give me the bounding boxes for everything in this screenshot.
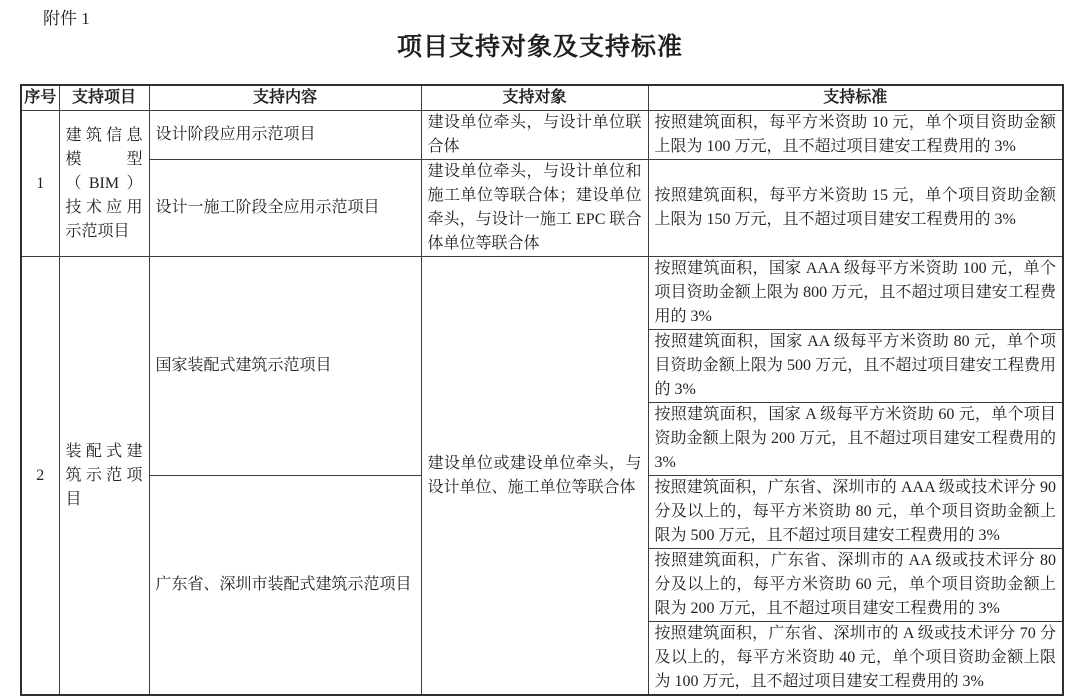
table-row: 1 建筑信息模型（BIM）技术应用示范项目 设计阶段应用示范项目 建设单位牵头，… (21, 111, 1063, 160)
attachment-label: 附件 1 (43, 8, 90, 30)
content-cell: 广东省、深圳市装配式建筑示范项目 (149, 476, 421, 696)
col-header-project: 支持项目 (59, 85, 149, 111)
target-cell: 建设单位牵头，与设计单位和施工单位等联合体；建设单位牵头，与设计一施工 EPC … (421, 160, 648, 257)
standard-cell: 按照建筑面积，国家 A 级每平方米资助 60 元，单个项目资助金额上限为 200… (648, 403, 1063, 476)
table-row: 设计一施工阶段全应用示范项目 建设单位牵头，与设计单位和施工单位等联合体；建设单… (21, 160, 1063, 257)
content-cell: 设计阶段应用示范项目 (149, 111, 421, 160)
row1-no-cell: 1 (21, 111, 59, 257)
standard-cell: 按照建筑面积，广东省、深圳市的 AAA 级或技术评分 90 分及以上的，每平方米… (648, 476, 1063, 549)
standard-cell: 按照建筑面积，国家 AA 级每平方米资助 80 元，单个项目资助金额上限为 50… (648, 330, 1063, 403)
target-cell: 建设单位或建设单位牵头，与设计单位、施工单位等联合体 (421, 257, 648, 696)
row1-project-cell: 建筑信息模型（BIM）技术应用示范项目 (59, 111, 149, 257)
col-header-target: 支持对象 (421, 85, 648, 111)
row2-no-cell: 2 (21, 257, 59, 696)
row2-project-cell: 装配式建筑示范项目 (59, 257, 149, 696)
standard-cell: 按照建筑面积，每平方米资助 10 元，单个项目资助金额上限为 100 万元，且不… (648, 111, 1063, 160)
standard-cell: 按照建筑面积，每平方米资助 15 元，单个项目资助金额上限为 150 万元，且不… (648, 160, 1063, 257)
content-cell: 设计一施工阶段全应用示范项目 (149, 160, 421, 257)
content-cell: 国家装配式建筑示范项目 (149, 257, 421, 476)
page-title: 项目支持对象及支持标准 (0, 32, 1080, 64)
col-header-standard: 支持标准 (648, 85, 1063, 111)
table-header-row: 序号 支持项目 支持内容 支持对象 支持标准 (21, 85, 1063, 111)
col-header-content: 支持内容 (149, 85, 421, 111)
support-table: 序号 支持项目 支持内容 支持对象 支持标准 1 建筑信息模型（BIM）技术应用… (20, 84, 1064, 696)
col-header-no: 序号 (21, 85, 59, 111)
standard-cell: 按照建筑面积，广东省、深圳市的 AA 级或技术评分 80 分及以上的，每平方米资… (648, 549, 1063, 622)
standard-cell: 按照建筑面积，广东省、深圳市的 A 级或技术评分 70 分及以上的，每平方米资助… (648, 622, 1063, 696)
standard-cell: 按照建筑面积，国家 AAA 级每平方米资助 100 元，单个项目资助金额上限为 … (648, 257, 1063, 330)
table-row: 2 装配式建筑示范项目 国家装配式建筑示范项目 建设单位或建设单位牵头，与设计单… (21, 257, 1063, 330)
target-cell: 建设单位牵头，与设计单位联合体 (421, 111, 648, 160)
